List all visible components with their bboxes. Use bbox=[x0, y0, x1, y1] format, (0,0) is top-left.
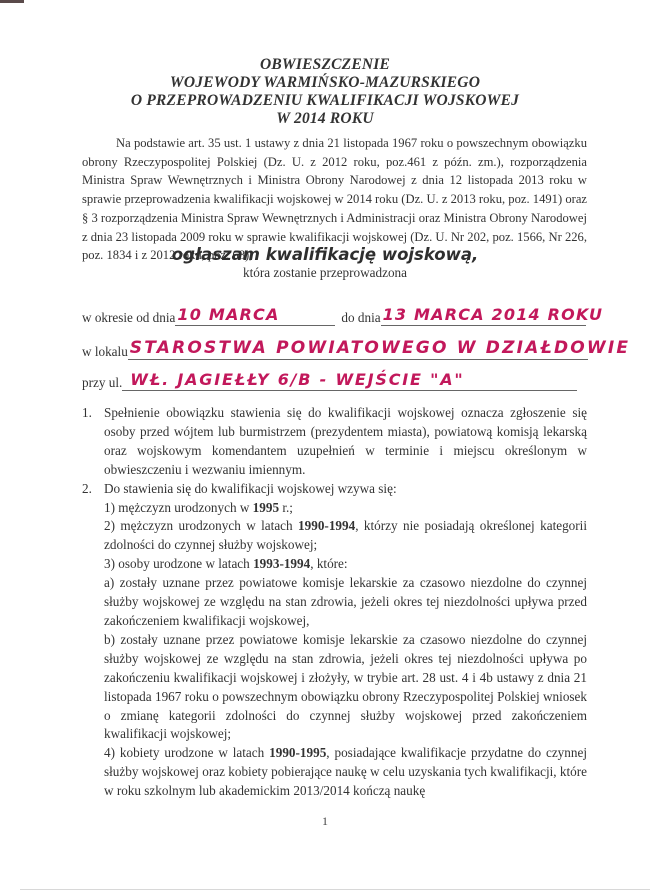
period-from-field: 10 MARCA bbox=[175, 303, 335, 326]
subpoint-text: 2) mężczyzn urodzonych w latach bbox=[104, 518, 298, 533]
period-row: w okresie od dnia 10 MARCA do dnia 13 MA… bbox=[82, 303, 586, 326]
street-field: WŁ. JAGIEŁŁY 6/B - WEJŚCIE "A" bbox=[122, 368, 577, 391]
subpoint-years: 1993-1994 bbox=[253, 556, 310, 571]
location-row: w lokalu STAROSTWA POWIATOWEGO W DZIAŁDO… bbox=[82, 337, 588, 360]
subpoint-years: 1990-1995 bbox=[269, 745, 326, 760]
numbered-list: 1. Spełnienie obowiązku stawienia się do… bbox=[82, 404, 587, 801]
list-item-text: Do stawienia się do kwalifikacji wojskow… bbox=[104, 480, 587, 499]
period-to-value: 13 MARCA 2014 ROKU bbox=[383, 305, 604, 324]
location-value: STAROSTWA POWIATOWEGO W DZIAŁDOWIE bbox=[130, 338, 630, 358]
page-bottom-edge bbox=[20, 889, 650, 890]
list-item-2: 2. Do stawienia się do kwalifikacji wojs… bbox=[82, 480, 587, 801]
street-label: przy ul. bbox=[82, 375, 122, 391]
list-item-1: 1. Spełnienie obowiązku stawienia się do… bbox=[82, 404, 587, 480]
header-line-4: W 2014 ROKU bbox=[0, 110, 650, 128]
subpoint-text: 3) osoby urodzone w latach bbox=[104, 556, 253, 571]
street-row: przy ul. WŁ. JAGIEŁŁY 6/B - WEJŚCIE "A" bbox=[82, 368, 577, 391]
subpoint-years: 1990-1994 bbox=[298, 518, 355, 533]
announcement: ogłaszam kwalifikację wojskową, która zo… bbox=[0, 245, 650, 281]
scan-corner-mark bbox=[0, 0, 24, 3]
announcement-subtitle: która zostanie przeprowadzona bbox=[0, 265, 650, 281]
subpoint-3: 3) osoby urodzone w latach 1993-1994, kt… bbox=[104, 555, 587, 574]
subpoint-2: 2) mężczyzn urodzonych w latach 1990-199… bbox=[104, 517, 587, 555]
period-to-field: 13 MARCA 2014 ROKU bbox=[381, 303, 586, 326]
document-header: OBWIESZCZENIE WOJEWODY WARMIŃSKO-MAZURSK… bbox=[0, 56, 650, 128]
header-line-3: O PRZEPROWADZENIU KWALIFIKACJI WOJSKOWEJ bbox=[0, 92, 650, 110]
period-from-label: w okresie od dnia bbox=[82, 310, 175, 326]
subpoint-year: 1995 bbox=[253, 500, 279, 515]
subpoint-4: 4) kobiety urodzone w latach 1990-1995, … bbox=[104, 744, 587, 801]
period-to-label: do dnia bbox=[341, 310, 380, 326]
list-item-text: Spełnienie obowiązku stawienia się do kw… bbox=[104, 404, 587, 480]
subpoint-1: 1) mężczyzn urodzonych w 1995 r.; bbox=[104, 499, 587, 518]
location-field: STAROSTWA POWIATOWEGO W DZIAŁDOWIE bbox=[128, 337, 588, 360]
list-item-number: 1. bbox=[82, 404, 104, 480]
period-from-value: 10 MARCA bbox=[177, 305, 279, 324]
header-line-2: WOJEWODY WARMIŃSKO-MAZURSKIEGO bbox=[0, 74, 650, 92]
header-line-1: OBWIESZCZENIE bbox=[0, 56, 650, 74]
subpoint-3a: a) zostały uznane przez powiatowe komisj… bbox=[104, 574, 587, 631]
street-value: WŁ. JAGIEŁŁY 6/B - WEJŚCIE "A" bbox=[130, 370, 464, 389]
list-item-number: 2. bbox=[82, 480, 104, 801]
location-label: w lokalu bbox=[82, 344, 128, 360]
subpoint-text: r.; bbox=[279, 500, 293, 515]
announcement-title: ogłaszam kwalifikację wojskową, bbox=[0, 245, 650, 264]
subpoint-text: 1) mężczyzn urodzonych w bbox=[104, 500, 253, 515]
subpoint-text: 4) kobiety urodzone w latach bbox=[104, 745, 269, 760]
page-number: 1 bbox=[0, 814, 650, 829]
subpoint-text: , które: bbox=[310, 556, 347, 571]
subpoint-3b: b) zostały uznane przez powiatowe komisj… bbox=[104, 631, 587, 744]
